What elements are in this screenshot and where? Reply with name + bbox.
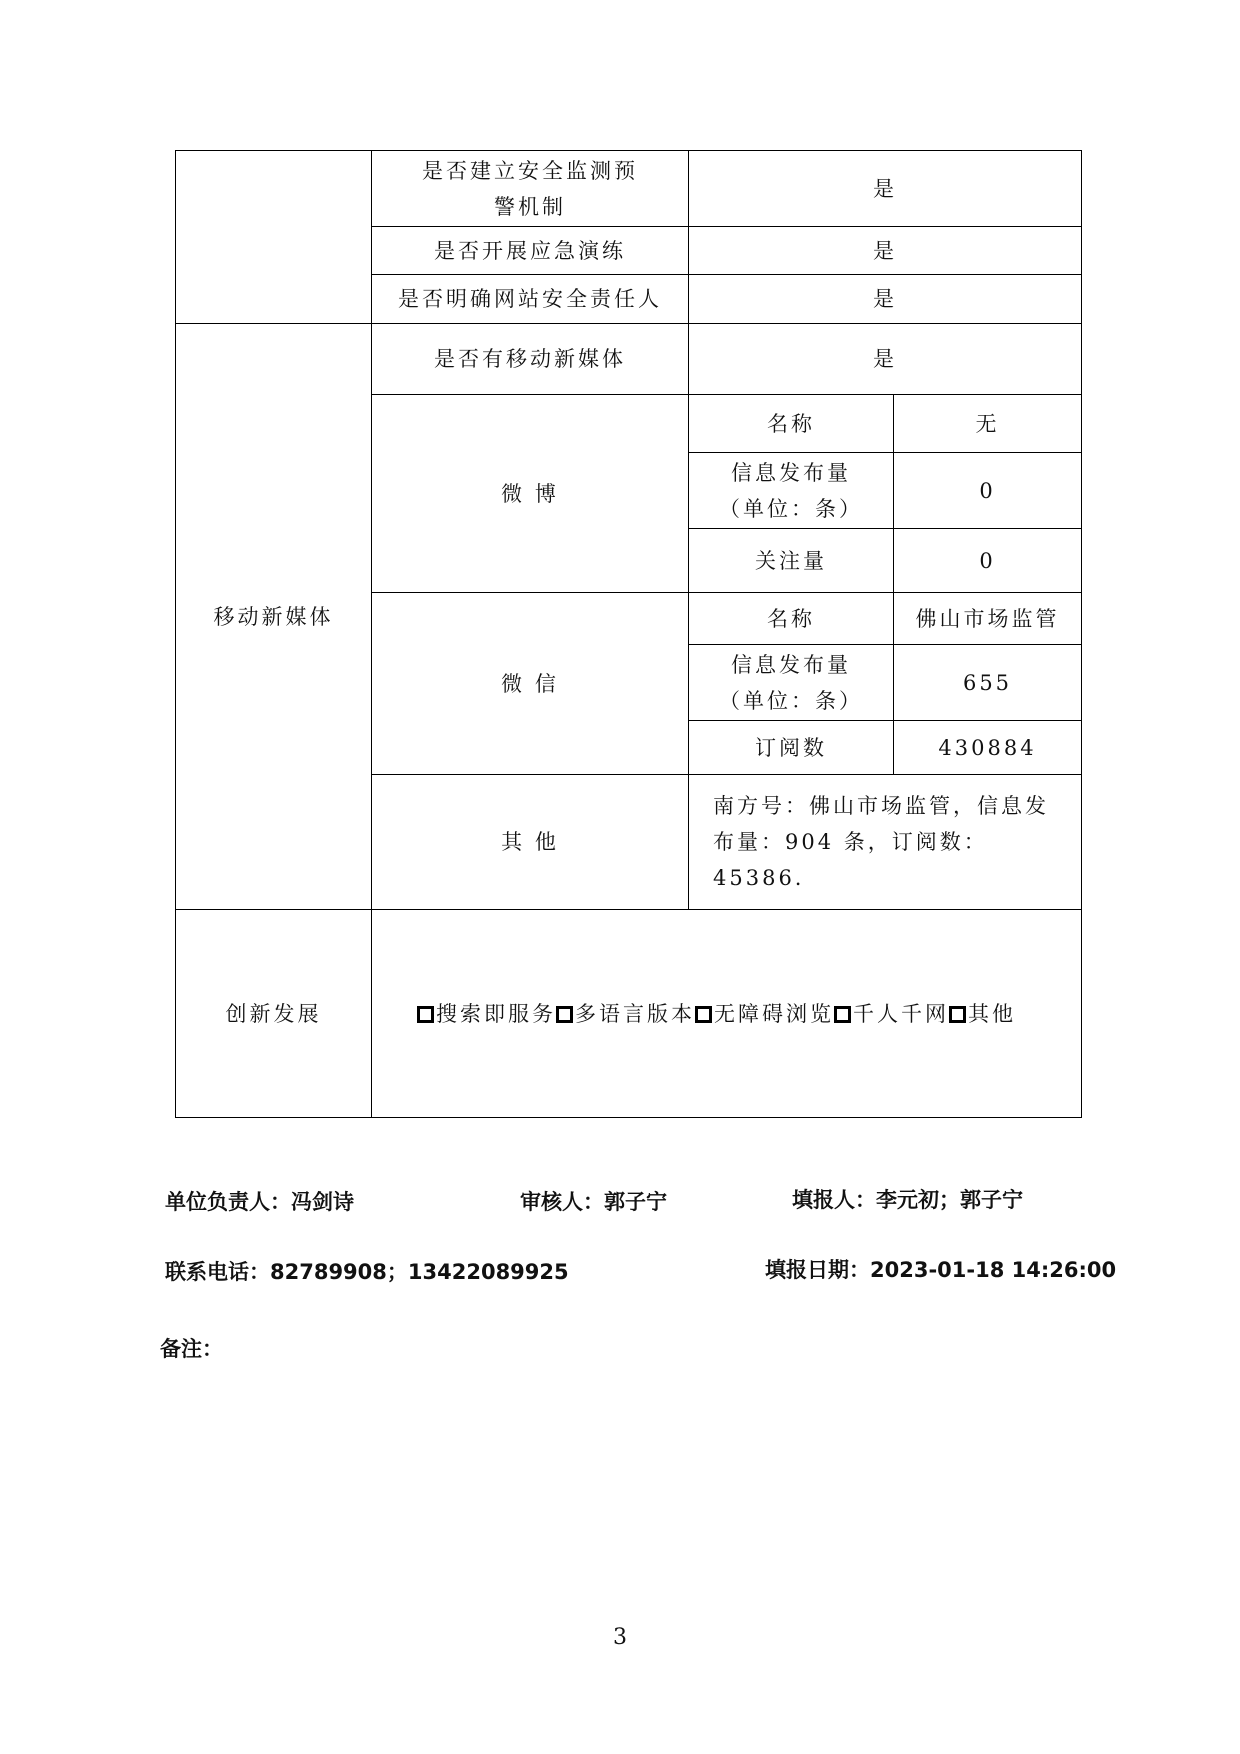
- weibo-label: 微 博: [372, 395, 689, 593]
- mobile-category: 移动新媒体: [176, 324, 372, 910]
- contact-phone: 联系电话：82789908；13422089925: [165, 1256, 569, 1286]
- wechat-value: 佛山市场监管: [894, 593, 1082, 645]
- weibo-key: 信息发布量（单位：条）: [689, 453, 894, 529]
- security-label: 是否开展应急演练: [372, 227, 689, 275]
- wechat-key: 名称: [689, 593, 894, 645]
- wechat-value: 430884: [894, 721, 1082, 775]
- reviewer: 审核人：郭子宁: [520, 1186, 667, 1216]
- innovation-option[interactable]: 其他: [949, 1002, 1016, 1026]
- unit-head: 单位负责人：冯剑诗: [165, 1186, 354, 1216]
- weibo-key: 关注量: [689, 529, 894, 593]
- innovation-option[interactable]: 千人千网: [834, 1002, 949, 1026]
- checkbox-icon[interactable]: [695, 1006, 712, 1023]
- innovation-option[interactable]: 无障碍浏览: [695, 1002, 834, 1026]
- wechat-value: 655: [894, 645, 1082, 721]
- weibo-value: 无: [894, 395, 1082, 453]
- page-number: 3: [0, 1625, 1240, 1650]
- filler: 填报人：李元初；郭子宁: [792, 1184, 1023, 1214]
- other-value: 南方号：佛山市场监管，信息发布量：904 条，订阅数：45386.: [689, 775, 1082, 910]
- security-value: 是: [689, 275, 1082, 324]
- has-mobile-label: 是否有移动新媒体: [372, 324, 689, 395]
- other-label: 其 他: [372, 775, 689, 910]
- innovation-category: 创新发展: [176, 910, 372, 1118]
- checkbox-icon[interactable]: [949, 1006, 966, 1023]
- weibo-key: 名称: [689, 395, 894, 453]
- security-label: 是否明确网站安全责任人: [372, 275, 689, 324]
- wechat-key: 信息发布量（单位：条）: [689, 645, 894, 721]
- security-label: 是否建立安全监测预警机制: [372, 151, 689, 227]
- fill-date: 填报日期：2023-01-18 14:26:00: [765, 1254, 1116, 1284]
- security-value: 是: [689, 227, 1082, 275]
- weibo-value: 0: [894, 453, 1082, 529]
- has-mobile-value: 是: [689, 324, 1082, 395]
- wechat-key: 订阅数: [689, 721, 894, 775]
- checkbox-icon[interactable]: [556, 1006, 573, 1023]
- report-table: 是否建立安全监测预警机制 是 是否开展应急演练 是 是否明确网站安全责任人 是 …: [175, 150, 1082, 1118]
- remark: 备注：: [160, 1333, 223, 1363]
- innovation-option[interactable]: 搜索即服务: [417, 1002, 556, 1026]
- weibo-value: 0: [894, 529, 1082, 593]
- wechat-label: 微 信: [372, 593, 689, 775]
- checkbox-icon[interactable]: [834, 1006, 851, 1023]
- security-value: 是: [689, 151, 1082, 227]
- checkbox-icon[interactable]: [417, 1006, 434, 1023]
- innovation-options: 搜索即服务多语言版本无障碍浏览千人千网其他: [372, 910, 1082, 1118]
- innovation-option[interactable]: 多语言版本: [556, 1002, 695, 1026]
- security-category-cell: [176, 151, 372, 324]
